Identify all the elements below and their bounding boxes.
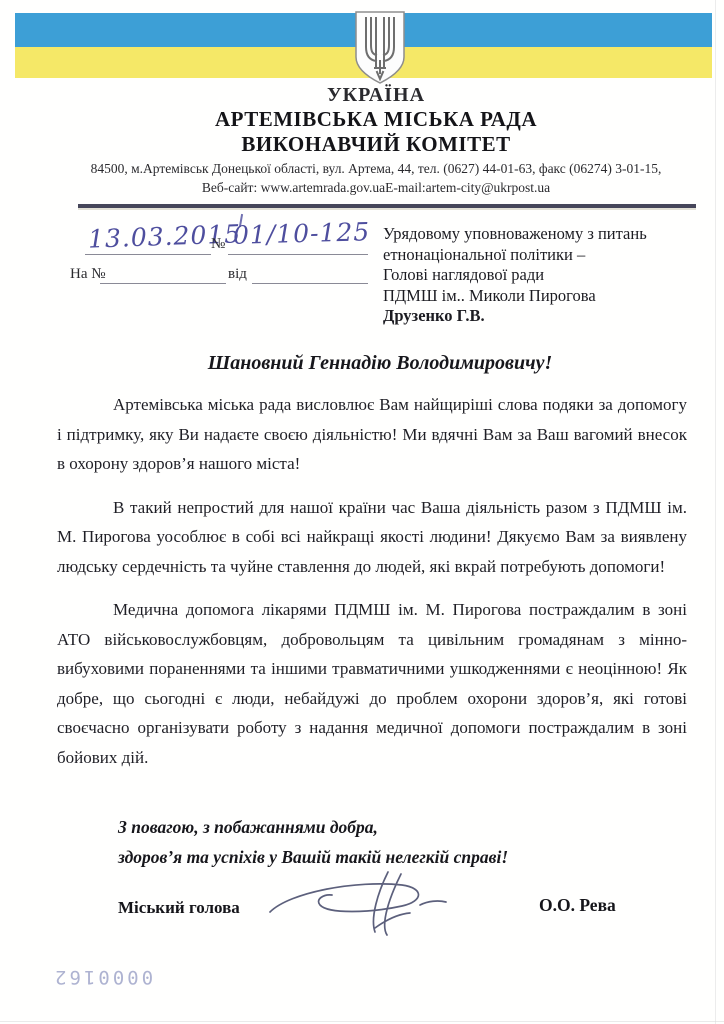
address-line: 84500, м.Артемівськ Донецької області, в… [28, 161, 724, 177]
recipient-line: ПДМШ ім.. Миколи Пирогова [383, 286, 683, 307]
recipient-name: Друзенко Г.В. [383, 306, 683, 327]
reply-date-underline [252, 283, 368, 284]
country-title: УКРАЇНА [28, 84, 724, 107]
tryzub-emblem-icon [352, 9, 408, 87]
salutation: Шановний Геннадію Володимировичу! [140, 352, 620, 375]
reply-number-underline [100, 283, 226, 284]
closing-line: З повагою, з побажаннями добра, [118, 812, 508, 842]
body-paragraph-3: Медична допомога лікарями ПДМШ ім. М. Пи… [57, 595, 687, 772]
closing-block: З повагою, з побажаннями добра, здоров’я… [118, 812, 508, 872]
scan-edge-artifact [0, 1021, 724, 1022]
signer-title: Міський голова [118, 898, 240, 918]
scanned-letter-page: УКРАЇНА АРТЕМІВСЬКА МІСЬКА РАДА ВИКОНАВЧ… [0, 0, 724, 1024]
handwritten-outgoing-number: 01/10-125 [233, 217, 371, 250]
signer-name: О.О. Рева [539, 895, 616, 916]
body-paragraph-2: В такий непростий для нашої країни час В… [57, 493, 687, 582]
scan-edge-artifact [715, 0, 716, 1024]
date-underline [85, 254, 211, 255]
recipient-line: етнонаціональної політики – [383, 245, 683, 266]
letterhead-separator [78, 204, 696, 210]
contacts-line: Веб-сайт: www.artemrada.gov.uaE-mail:art… [28, 180, 724, 196]
letter-body: Артемівська міська рада висловлює Вам на… [57, 390, 687, 786]
recipient-line: Голові наглядової ради [383, 265, 683, 286]
recipient-block: Урядовому уповноваженому з питань етнона… [383, 224, 683, 327]
number-symbol: № [211, 236, 225, 253]
recipient-line: Урядовому уповноваженому з питань [383, 224, 683, 245]
reply-to-number-label: На № [70, 266, 106, 283]
number-underline [228, 254, 368, 255]
body-paragraph-1: Артемівська міська рада висловлює Вам на… [57, 390, 687, 479]
organization-name: АРТЕМІВСЬКА МІСЬКА РАДА [28, 107, 724, 132]
registration-number-stamp: 0000162 [52, 966, 153, 988]
reply-from-date-label: від [228, 266, 247, 283]
handwritten-signature [262, 868, 462, 938]
organization-unit: ВИКОНАВЧИЙ КОМІТЕТ [28, 132, 724, 157]
